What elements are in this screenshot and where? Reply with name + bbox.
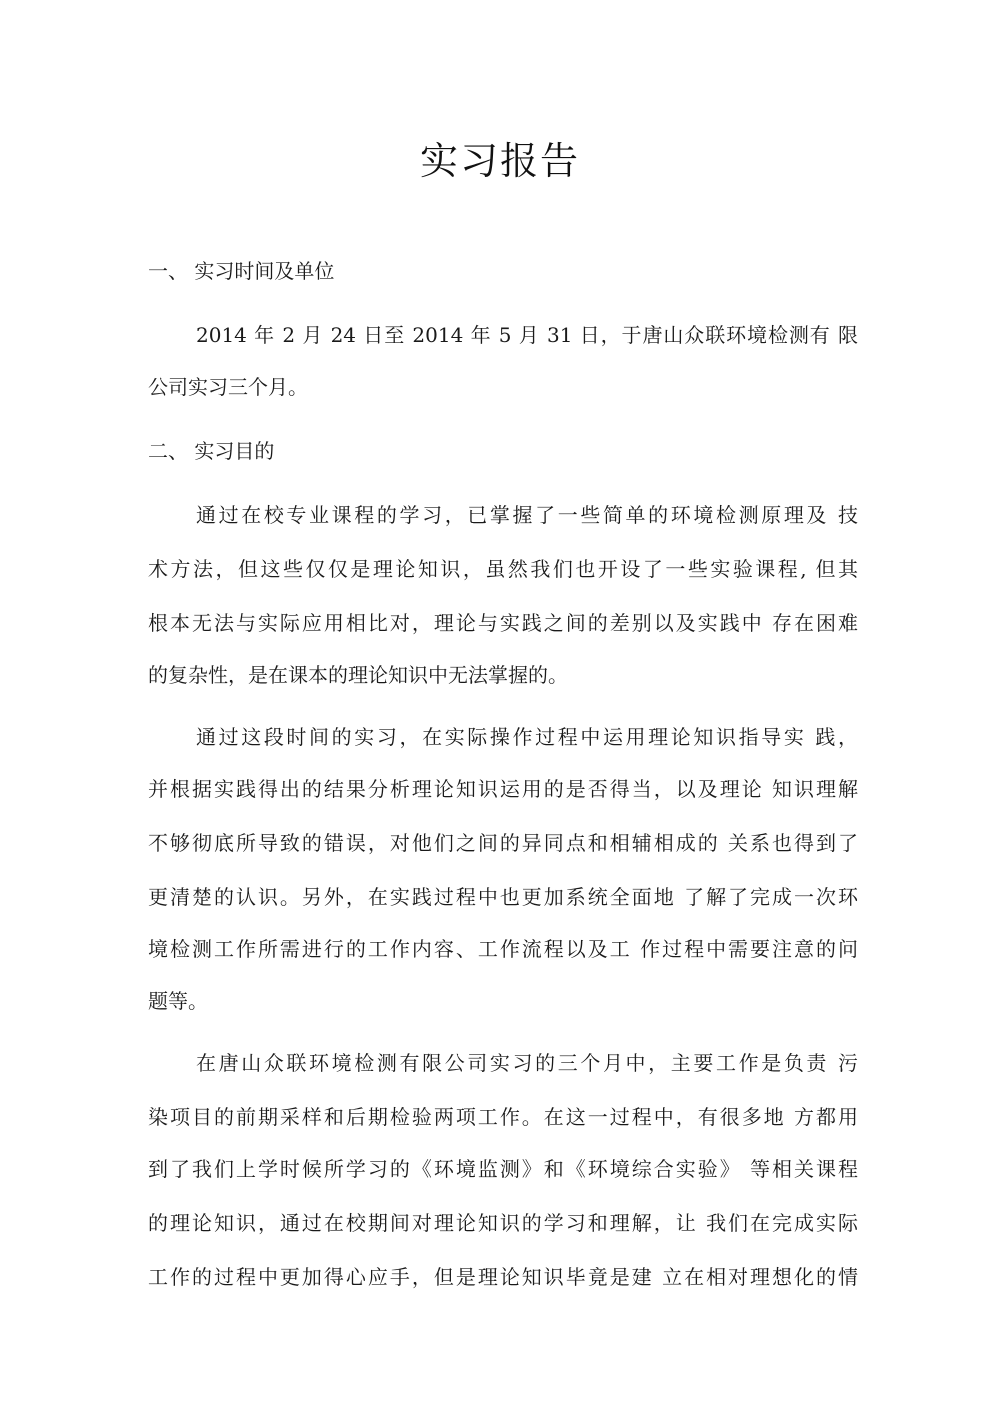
paragraph-line: 题等。 [148, 988, 858, 1014]
paragraph-line: 根本无法与实际应用相比对，理论与实践之间的差别以及实践中 存在困难 [148, 610, 858, 636]
paragraph-line: 到了我们上学时候所学习的《环境监测》和《环境综合实验》 等相关课程 [148, 1156, 858, 1182]
paragraph-line: 并根据实践得出的结果分析理论知识运用的是否得当，以及理论 知识理解 [148, 776, 858, 802]
paragraph-line: 公司实习三个月。 [148, 374, 858, 400]
paragraph-line: 境检测工作所需进行的工作内容、工作流程以及工 作过程中需要注意的问 [148, 936, 858, 962]
paragraph-line: 不够彻底所导致的错误，对他们之间的异同点和相辅相成的 关系也得到了 [148, 830, 858, 856]
paragraph-line: 在唐山众联环境检测有限公司实习的三个月中，主要工作是负责 污 [196, 1050, 858, 1076]
paragraph-line: 通过在校专业课程的学习，已掌握了一些简单的环境检测原理及 技 [196, 502, 858, 528]
paragraph-line: 更清楚的认识。另外，在实践过程中也更加系统全面地 了解了完成一次环 [148, 884, 858, 910]
paragraph-line: 染项目的前期采样和后期检验两项工作。在这一过程中，有很多地 方都用 [148, 1104, 858, 1130]
paragraph-line: 工作的过程中更加得心应手，但是理论知识毕竟是建 立在相对理想化的情 [148, 1264, 858, 1290]
document-page: 实习报告 一、 实习时间及单位 2014 年 2 月 24 日至 2014 年 … [0, 0, 1000, 1415]
paragraph-line: 的复杂性，是在课本的理论知识中无法掌握的。 [148, 662, 858, 688]
section-heading-2: 二、 实习目的 [148, 438, 858, 464]
document-title: 实习报告 [0, 130, 1000, 185]
paragraph-line: 的理论知识，通过在校期间对理论知识的学习和理解，让 我们在完成实际 [148, 1210, 858, 1236]
paragraph-line: 2014 年 2 月 24 日至 2014 年 5 月 31 日，于唐山众联环境… [196, 322, 858, 348]
paragraph-line: 通过这段时间的实习，在实际操作过程中运用理论知识指导实 践， [196, 724, 858, 750]
paragraph-line: 术方法，但这些仅仅是理论知识，虽然我们也开设了一些实验课程, 但其 [148, 556, 858, 582]
section-heading-1: 一、 实习时间及单位 [148, 258, 858, 284]
